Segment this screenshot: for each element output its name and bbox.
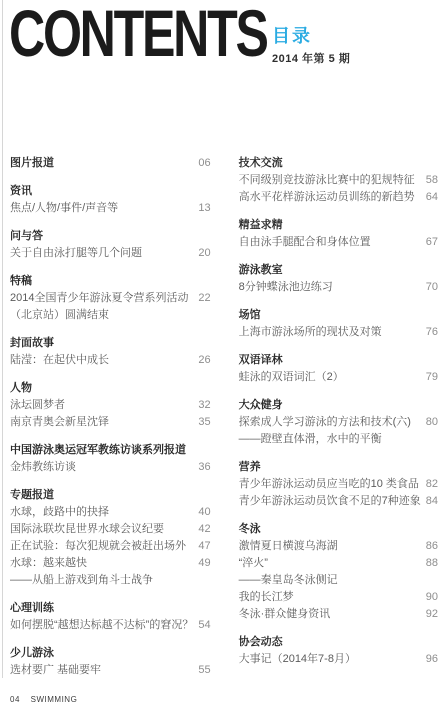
entry-title: 泳坛圆梦者 <box>10 397 65 414</box>
toc-entry: 关于自由泳打腿等几个问题20 <box>10 245 211 262</box>
section-heading-row: 少儿游泳 <box>10 645 211 662</box>
entry-title: 水球，歧路中的抉择 <box>10 504 109 521</box>
magazine-contents-page: CONTENTS 目录 2014 年第 5 期 图片报道06资讯焦点/人物/事件… <box>0 0 442 711</box>
entry-title: 焦点/人物/事件/声音等 <box>10 200 118 217</box>
section-heading: 少儿游泳 <box>10 645 54 662</box>
toc-entry: 水球，歧路中的抉择40 <box>10 504 211 521</box>
toc-entry: 选材要广 基础要牢55 <box>10 662 211 679</box>
section-heading-row: 游泳教室 <box>239 262 438 279</box>
page-number: 36 <box>198 459 210 476</box>
entry-title: ——从船上游戏到角斗士战争 <box>10 572 153 589</box>
entry-title: （北京站）圆满结束 <box>10 307 109 324</box>
page-number: 20 <box>198 245 210 262</box>
table-of-contents: 图片报道06资讯焦点/人物/事件/声音等13问与答关于自由泳打腿等几个问题20特… <box>10 155 434 690</box>
toc-section: 营养青少年游泳运动员应当吃的10 类食品82青少年游泳运动员饮食不足的7种迹象8… <box>239 459 438 510</box>
toc-entry: 泳坛圆梦者32 <box>10 397 211 414</box>
section-heading: 营养 <box>239 459 261 476</box>
page-number: 90 <box>426 589 438 606</box>
toc-entry: ——从船上游戏到角斗士战争 <box>10 572 211 589</box>
entry-title: 激情夏日横渡乌海湖 <box>239 538 338 555</box>
page-number: 40 <box>198 504 210 521</box>
section-heading-row: 人物 <box>10 380 211 397</box>
entry-title: 蛙泳的双语词汇（2） <box>239 369 344 386</box>
section-heading-row: 特稿 <box>10 273 211 290</box>
entry-title: 金炜教练访谈 <box>10 459 76 476</box>
section-heading-row: 场馆 <box>239 307 438 324</box>
toc-entry: 大事记（2014年7-8月）96 <box>239 651 438 668</box>
footer: 04 SWIMMING <box>10 695 77 704</box>
entry-title: 冬泳·群众健身资讯 <box>239 606 331 623</box>
toc-entry: 激情夏日横渡乌海湖86 <box>239 538 438 555</box>
toc-section: 中国游泳奥运冠军教练访谈系列报道金炜教练访谈36 <box>10 442 211 476</box>
section-heading-row: 问与答 <box>10 228 211 245</box>
page-number: 58 <box>426 172 438 189</box>
page-number: 80 <box>426 414 438 431</box>
entry-title: 如何摆脱“越想达标越不达标”的窘况？ <box>10 617 193 634</box>
entry-title: 高水平花样游泳运动员训练的新趋势 <box>239 189 415 206</box>
toc-entry: 陆滢：在起伏中成长26 <box>10 352 211 369</box>
page-number: 84 <box>426 493 438 510</box>
section-heading-row: 营养 <box>239 459 438 476</box>
section-heading: 特稿 <box>10 273 32 290</box>
entry-title: 探索成人学习游泳的方法和技术(六) <box>239 414 411 431</box>
toc-section: 技术交流不同级别竞技游泳比赛中的犯规特征58高水平花样游泳运动员训练的新趋势64 <box>239 155 438 206</box>
toc-entry: 我的长江梦90 <box>239 589 438 606</box>
page-number: 32 <box>198 397 210 414</box>
section-heading-row: 专题报道 <box>10 487 211 504</box>
section-heading-row: 冬泳 <box>239 521 438 538</box>
section-heading-row: 精益求精 <box>239 217 438 234</box>
toc-entry: 水球：越来越快49 <box>10 555 211 572</box>
toc-section: 少儿游泳选材要广 基础要牢55 <box>10 645 211 679</box>
toc-entry: 焦点/人物/事件/声音等13 <box>10 200 211 217</box>
issue-label: 2014 年第 5 期 <box>272 50 350 66</box>
toc-entry: 上海市游泳场所的现状及对策76 <box>239 324 438 341</box>
section-heading: 专题报道 <box>10 487 54 504</box>
toc-entry: 8分钟蝶泳池边练习70 <box>239 279 438 296</box>
toc-entry: ——蹬壁直体滑，水中的平衡 <box>239 431 438 448</box>
entry-title: 青少年游泳运动员饮食不足的7种迹象 <box>239 493 421 510</box>
entry-title: 上海市游泳场所的现状及对策 <box>239 324 382 341</box>
entry-title: 大事记（2014年7-8月） <box>239 651 356 668</box>
toc-section: 专题报道水球，歧路中的抉择40国际泳联坎昆世界水球会议纪要42正在试验：每次犯规… <box>10 487 211 589</box>
entry-title: ——秦皇岛冬泳侧记 <box>239 572 338 589</box>
page-number: 13 <box>198 200 210 217</box>
section-heading-row: 技术交流 <box>239 155 438 172</box>
page-number: 67 <box>426 234 438 251</box>
section-heading: 游泳教室 <box>239 262 283 279</box>
contents-title: CONTENTS <box>9 0 267 66</box>
page-number: 49 <box>198 555 210 572</box>
toc-entry: 不同级别竞技游泳比赛中的犯规特征58 <box>239 172 438 189</box>
section-heading-row: 中国游泳奥运冠军教练访谈系列报道 <box>10 442 211 459</box>
page-number: 86 <box>426 538 438 555</box>
entry-title: 我的长江梦 <box>239 589 294 606</box>
toc-section: 协会动态大事记（2014年7-8月）96 <box>239 634 438 668</box>
toc-section: 人物泳坛圆梦者32南京青奥会新星沈铎35 <box>10 380 211 431</box>
section-heading-row: 协会动态 <box>239 634 438 651</box>
toc-column-right: 技术交流不同级别竞技游泳比赛中的犯规特征58高水平花样游泳运动员训练的新趋势64… <box>224 155 438 690</box>
page-number: 55 <box>198 662 210 679</box>
entry-title: “淬火” <box>239 555 268 572</box>
toc-entry: 青少年游泳运动员应当吃的10 类食品82 <box>239 476 438 493</box>
page-number: 76 <box>426 324 438 341</box>
toc-section: 游泳教室8分钟蝶泳池边练习70 <box>239 262 438 296</box>
entry-title: 青少年游泳运动员应当吃的10 类食品 <box>239 476 419 493</box>
section-heading: 封面故事 <box>10 335 54 352</box>
contents-title-chinese: 目录 <box>272 26 350 46</box>
entry-title: 关于自由泳打腿等几个问题 <box>10 245 142 262</box>
entry-title: 选材要广 基础要牢 <box>10 662 101 679</box>
toc-entry: 2014全国青少年游泳夏令营系列活动22 <box>10 290 211 307</box>
page-number: 26 <box>198 352 210 369</box>
toc-section: 特稿2014全国青少年游泳夏令营系列活动22（北京站）圆满结束 <box>10 273 211 324</box>
toc-entry: 正在试验：每次犯规就会被赶出场外47 <box>10 538 211 555</box>
toc-section: 资讯焦点/人物/事件/声音等13 <box>10 183 211 217</box>
footer-page-number: 04 <box>10 695 20 704</box>
entry-title: 南京青奥会新星沈铎 <box>10 414 109 431</box>
toc-entry: 探索成人学习游泳的方法和技术(六)80 <box>239 414 438 431</box>
section-heading: 心理训练 <box>10 600 54 617</box>
toc-section: 心理训练如何摆脱“越想达标越不达标”的窘况？54 <box>10 600 211 634</box>
section-heading: 中国游泳奥运冠军教练访谈系列报道 <box>10 442 186 459</box>
toc-section: 精益求精自由泳手腿配合和身体位置67 <box>239 217 438 251</box>
section-heading: 精益求精 <box>239 217 283 234</box>
section-heading: 问与答 <box>10 228 43 245</box>
toc-entry: 高水平花样游泳运动员训练的新趋势64 <box>239 189 438 206</box>
toc-section: 大众健身探索成人学习游泳的方法和技术(六)80——蹬壁直体滑，水中的平衡 <box>239 397 438 448</box>
entry-title: 水球：越来越快 <box>10 555 87 572</box>
entry-title: ——蹬壁直体滑，水中的平衡 <box>239 431 382 448</box>
entry-title: 2014全国青少年游泳夏令营系列活动 <box>10 290 188 307</box>
section-heading: 人物 <box>10 380 32 397</box>
page-number: 35 <box>198 414 210 431</box>
toc-entry: 冬泳·群众健身资讯92 <box>239 606 438 623</box>
section-heading: 技术交流 <box>239 155 283 172</box>
footer-magazine-name: SWIMMING <box>31 695 78 704</box>
toc-entry: 自由泳手腿配合和身体位置67 <box>239 234 438 251</box>
section-heading: 冬泳 <box>239 521 261 538</box>
toc-entry: （北京站）圆满结束 <box>10 307 211 324</box>
entry-title: 国际泳联坎昆世界水球会议纪要 <box>10 521 164 538</box>
page-number: 82 <box>426 476 438 493</box>
toc-entry: 蛙泳的双语词汇（2）79 <box>239 369 438 386</box>
page-number: 42 <box>198 521 210 538</box>
header: CONTENTS 目录 2014 年第 5 期 <box>0 0 442 150</box>
toc-entry: 国际泳联坎昆世界水球会议纪要42 <box>10 521 211 538</box>
section-heading: 场馆 <box>239 307 261 324</box>
page-number: 70 <box>426 279 438 296</box>
page-number: 47 <box>198 538 210 555</box>
entry-title: 正在试验：每次犯规就会被赶出场外 <box>10 538 186 555</box>
page-number: 54 <box>198 617 210 634</box>
toc-section: 封面故事陆滢：在起伏中成长26 <box>10 335 211 369</box>
toc-entry: 金炜教练访谈36 <box>10 459 211 476</box>
page-number: 96 <box>426 651 438 668</box>
page-number: 88 <box>426 555 438 572</box>
entry-title: 自由泳手腿配合和身体位置 <box>239 234 371 251</box>
toc-entry: 青少年游泳运动员饮食不足的7种迹象84 <box>239 493 438 510</box>
section-heading-row: 心理训练 <box>10 600 211 617</box>
section-heading-row: 封面故事 <box>10 335 211 352</box>
page-number: 92 <box>426 606 438 623</box>
toc-section: 冬泳激情夏日横渡乌海湖86“淬火”88——秦皇岛冬泳侧记我的长江梦90冬泳·群众… <box>239 521 438 623</box>
header-right: 目录 2014 年第 5 期 <box>272 26 350 66</box>
section-heading-row: 资讯 <box>10 183 211 200</box>
page-number: 06 <box>198 155 210 172</box>
entry-title: 陆滢：在起伏中成长 <box>10 352 109 369</box>
toc-section: 图片报道06 <box>10 155 211 172</box>
toc-entry: “淬火”88 <box>239 555 438 572</box>
section-heading: 协会动态 <box>239 634 283 651</box>
section-heading: 双语译林 <box>239 352 283 369</box>
toc-section: 问与答关于自由泳打腿等几个问题20 <box>10 228 211 262</box>
section-heading-row: 双语译林 <box>239 352 438 369</box>
page-number: 79 <box>426 369 438 386</box>
section-heading: 图片报道 <box>10 155 54 172</box>
section-heading-row: 大众健身 <box>239 397 438 414</box>
section-heading-row: 图片报道06 <box>10 155 211 172</box>
page-number: 22 <box>198 290 210 307</box>
toc-entry: 如何摆脱“越想达标越不达标”的窘况？54 <box>10 617 211 634</box>
page-number: 64 <box>426 189 438 206</box>
toc-section: 场馆上海市游泳场所的现状及对策76 <box>239 307 438 341</box>
toc-column-left: 图片报道06资讯焦点/人物/事件/声音等13问与答关于自由泳打腿等几个问题20特… <box>10 155 211 690</box>
toc-entry: ——秦皇岛冬泳侧记 <box>239 572 438 589</box>
toc-entry: 南京青奥会新星沈铎35 <box>10 414 211 431</box>
entry-title: 不同级别竞技游泳比赛中的犯规特征 <box>239 172 415 189</box>
entry-title: 8分钟蝶泳池边练习 <box>239 279 333 296</box>
section-heading: 大众健身 <box>239 397 283 414</box>
section-heading: 资讯 <box>10 183 32 200</box>
toc-section: 双语译林蛙泳的双语词汇（2）79 <box>239 352 438 386</box>
